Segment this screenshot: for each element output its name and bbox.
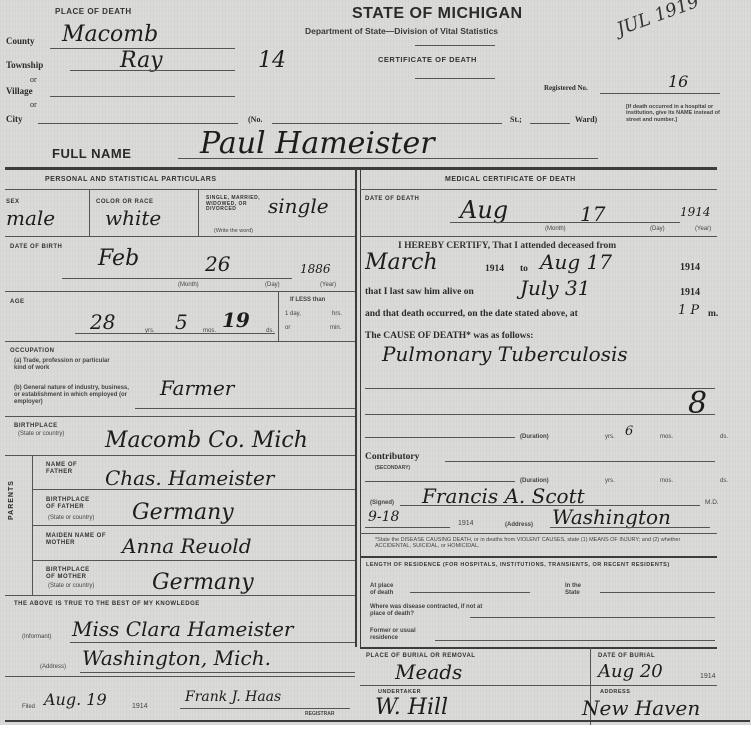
mother-birthplace-label: BIRTHPLACE OF MOTHER <box>46 567 101 580</box>
undertaker-signature: W. Hill <box>375 695 448 720</box>
dob-day: 26 <box>205 252 230 276</box>
parents-label: PARENTS <box>8 480 15 520</box>
dod-month: Aug <box>460 196 508 224</box>
or-label: or <box>285 325 290 332</box>
registrar-signature: Frank J. Haas <box>185 689 281 705</box>
birthplace-value: Macomb Co. Mich <box>105 428 308 453</box>
duration-label: (Duration) <box>520 434 549 441</box>
registrar-label: REGISTRAR <box>305 712 334 718</box>
registered-no-value: 16 <box>668 72 688 91</box>
informant-value: Miss Clara Hameister <box>72 617 293 641</box>
undertaker-address-value: New Haven <box>582 696 700 720</box>
in-state-label: In the State <box>565 583 595 597</box>
cause-label: The CAUSE OF DEATH* was as follows: <box>365 331 533 341</box>
village-label: Village <box>6 86 33 96</box>
race-label: COLOR OR RACE <box>96 199 154 206</box>
registered-no-label: Registered No. <box>544 84 588 92</box>
less-than-label: If LESS than <box>290 297 325 304</box>
medical-heading: MEDICAL CERTIFICATE OF DEATH <box>445 176 576 184</box>
burial-place-value: Meads <box>395 660 462 684</box>
full-name-value: Paul Hameister <box>200 126 435 161</box>
day-hint: (Day) <box>265 282 280 289</box>
md-label: M.D. <box>705 499 719 506</box>
full-name-label: FULL NAME <box>52 146 131 161</box>
mother-birthplace-hint: (State or country) <box>48 583 94 590</box>
to-label: to <box>520 264 528 274</box>
year-hint: (Year) <box>695 226 711 233</box>
margin-mark: 14 <box>258 48 286 73</box>
cause-value: Pulmonary Tuberculosis <box>382 342 628 366</box>
burial-date-label: DATE OF BURIAL <box>598 653 655 660</box>
last-saw-date: July 31 <box>520 276 590 300</box>
informant-label: (Informant) <box>22 634 51 641</box>
personal-heading: PERSONAL AND STATISTICAL PARTICULARS <box>45 176 216 184</box>
former-residence-label: Former or usual residence <box>370 628 430 642</box>
attended-from-month: March <box>365 250 438 275</box>
informant-address-label: (Address) <box>40 664 66 671</box>
dod-label: DATE OF DEATH <box>365 196 419 203</box>
at-place-label: At place of death <box>370 583 400 597</box>
mos-label: mos. <box>660 434 673 441</box>
sex-label: SEX <box>6 199 20 206</box>
dob-label: DATE OF BIRTH <box>10 244 62 251</box>
yrs-label: yrs. <box>605 434 615 441</box>
true-statement: THE ABOVE IS TRUE TO THE BEST OF MY KNOW… <box>14 601 200 608</box>
father-birthplace-value: Germany <box>132 500 234 525</box>
cause-footnote: *State the DISEASE CAUSING DEATH, or in … <box>375 537 715 550</box>
informant-address-value: Washington, Mich. <box>82 646 271 670</box>
death-certificate: PLACE OF DEATH STATE OF MICHIGAN Departm… <box>0 0 751 725</box>
age-label: AGE <box>10 299 25 306</box>
dob-year: 1886 <box>300 262 331 276</box>
ward-label: Ward) <box>575 115 597 124</box>
burial-year: 1914 <box>700 673 716 681</box>
residence-label: LENGTH OF RESIDENCE (FOR HOSPITALS, INST… <box>366 562 711 568</box>
hospital-note: [If death occurred in a hospital or inst… <box>626 104 721 123</box>
signed-label: (Signed) <box>370 500 394 507</box>
yrs-label: yrs. <box>605 478 615 485</box>
no-label: (No. <box>248 115 262 124</box>
place-of-death-heading: PLACE OF DEATH <box>55 8 132 17</box>
day-hint: (Day) <box>650 226 665 233</box>
trade-label: (a) Trade, profession or particular kind… <box>14 358 114 372</box>
death-time: 1 P <box>678 303 699 318</box>
race-value: white <box>105 206 161 230</box>
or-label: or <box>30 100 37 109</box>
city-label: City <box>6 114 23 124</box>
mother-label: MAIDEN NAME OF MOTHER <box>46 533 116 546</box>
filed-year: 1914 <box>132 703 148 711</box>
mos-label: mos. <box>660 478 673 485</box>
month-hint: (Month) <box>545 226 566 233</box>
signed-year: 1914 <box>458 520 474 528</box>
county-label: County <box>6 36 35 46</box>
filed-label: Filed <box>22 704 35 711</box>
duration-days: 8 <box>688 386 707 421</box>
month-hint: (Month) <box>178 282 199 289</box>
industry-label: (b) General nature of industry, business… <box>14 385 134 406</box>
m-label: m. <box>708 309 718 319</box>
certificate-title: CERTIFICATE OF DEATH <box>378 56 477 64</box>
dod-year: 1914 <box>680 205 711 219</box>
physician-address: Washington <box>552 505 671 529</box>
mother-value: Anna Reuold <box>122 534 252 558</box>
birthplace-label: BIRTHPLACE <box>14 423 58 430</box>
last-saw-text: that I last saw him alive on <box>365 287 474 297</box>
burial-place-label: PLACE OF BURIAL OR REMOVAL <box>366 653 475 660</box>
father-value: Chas. Hameister <box>105 466 274 490</box>
dob-month: Feb <box>98 246 139 271</box>
last-saw-year: 1914 <box>680 287 700 298</box>
or-label: or <box>30 75 37 84</box>
contracted-label: Where was disease contracted, if not at … <box>370 604 490 618</box>
department-subtitle: Department of State—Division of Vital St… <box>305 26 498 36</box>
ds-label: ds. <box>720 434 728 441</box>
year-hint: (Year) <box>320 282 336 289</box>
st-label: St.; <box>510 115 522 124</box>
father-birthplace-label: BIRTHPLACE OF FATHER <box>46 497 101 510</box>
min-label: min. <box>330 325 341 332</box>
attended-to-year: 1914 <box>680 262 700 273</box>
father-birthplace-hint: (State or country) <box>48 515 94 522</box>
birthplace-hint: (State or country) <box>18 431 64 438</box>
secondary-label: (SECONDARY) <box>375 466 410 472</box>
marital-hint: (Write the word) <box>214 228 253 234</box>
occupation-value: Farmer <box>160 376 234 400</box>
state-title: STATE OF MICHIGAN <box>352 5 523 23</box>
marital-value: single <box>268 194 329 218</box>
attended-to-date: Aug 17 <box>540 250 612 274</box>
received-stamp: JUL 1919 <box>614 0 702 40</box>
ds-label: ds. <box>720 478 728 485</box>
hrs-label: hrs. <box>332 311 342 318</box>
occurred-text: and that death occurred, on the date sta… <box>365 309 578 319</box>
age-days: 19 <box>222 308 250 332</box>
age-years: 28 <box>90 310 115 334</box>
mother-birthplace-value: Germany <box>152 570 254 595</box>
township-label: Township <box>6 60 43 70</box>
burial-date-value: Aug 20 <box>598 661 663 682</box>
county-value: Macomb <box>62 22 158 47</box>
undertaker-address-label: ADDRESS <box>600 689 630 695</box>
attended-from-year: 1914 <box>485 264 504 274</box>
signed-date: 9-18 <box>368 509 399 525</box>
sex-value: male <box>6 206 55 230</box>
occupation-label: OCCUPATION <box>10 348 54 355</box>
physician-address-label: (Address) <box>505 522 533 529</box>
duration-months: 6 <box>625 424 633 439</box>
day-label: 1 day, <box>285 311 301 318</box>
father-label: NAME OF FATHER <box>46 462 96 475</box>
age-months: 5 <box>175 310 188 334</box>
filed-date: Aug. 19 <box>44 690 107 709</box>
marital-label: SINGLE, MARRIED, WIDOWED, OR DIVORCED <box>206 196 264 213</box>
contributory-label: Contributory <box>365 452 419 462</box>
